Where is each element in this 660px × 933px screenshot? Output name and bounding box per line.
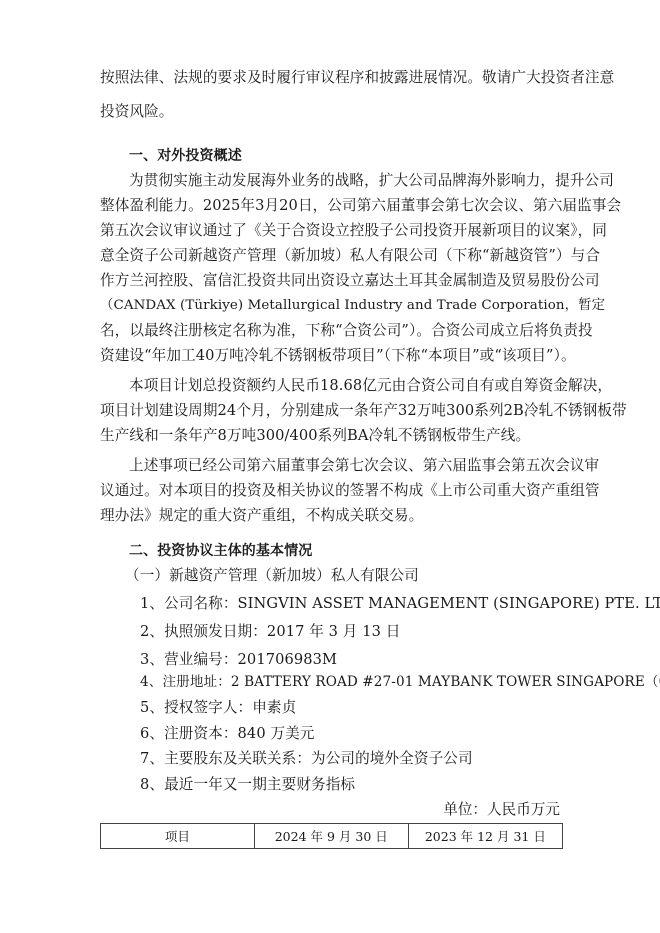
table-header-2023: 2023 年 12 月 31 日 xyxy=(408,824,562,849)
subsection-heading: （一）新越资产管理（新加坡）私人有限公司 xyxy=(125,566,587,586)
info-item-company-name: 1、公司名称：SINGVIN ASSET MANAGEMENT (SINGAPO… xyxy=(140,594,602,614)
info-item-address: 4、注册地址：2 BATTERY ROAD #27-01 MAYBANK TOW… xyxy=(140,672,602,692)
paragraph-line: 为贯彻实施主动发展海外业务的战略，扩大公司品牌海外影响力，提升公司 xyxy=(129,171,562,191)
financial-table: 项目 2024 年 9 月 30 日 2023 年 12 月 31 日 xyxy=(100,823,563,849)
intro-line: 按照法律、法规的要求及时履行审议程序和披露进展情况。敬请广大投资者注意 xyxy=(100,68,562,88)
paragraph-line: 第五次会议审议通过了《关于合资设立控股子公司投资开展新项目的议案》，同 xyxy=(100,221,562,241)
paragraph-line: （CANDAX (Türkiye) Metallurgical Industry… xyxy=(100,296,562,316)
paragraph-line: 名，以最终注册核定名称为准，下称“合资公司”）。合资公司成立后将负责投 xyxy=(100,321,562,341)
paragraph-line: 理办法》规定的重大资产重组，不构成关联交易。 xyxy=(100,506,562,526)
info-item-signatory: 5、授权签字人：申素贞 xyxy=(140,698,602,718)
table-header-2024: 2024 年 9 月 30 日 xyxy=(254,824,408,849)
paragraph-line: 本项目计划总投资额约人民币18.68亿元由合资公司自有或自筹资金解决， xyxy=(129,376,562,396)
section-heading: 二、投资协议主体的基本情况 xyxy=(129,541,562,561)
intro-line: 投资风险。 xyxy=(100,102,562,122)
paragraph-line: 生产线和一条年产8万吨300/400系列BA冷轧不锈钢板带生产线。 xyxy=(100,426,562,446)
info-item-capital: 6、注册资本：840 万美元 xyxy=(140,724,602,744)
paragraph-line: 议通过。对本项目的投资及相关协议的签署不构成《上市公司重大资产重组管 xyxy=(100,481,562,501)
paragraph-line: 资建设“年加工40万吨冷轧不锈钢板带项目”（下称“本项目”或“该项目”）。 xyxy=(100,346,562,366)
info-item-business-number: 3、营业编号：201706983M xyxy=(140,650,602,670)
paragraph-line: 意全资子公司新越资产管理（新加坡）私人有限公司（下称“新越资管”）与合 xyxy=(100,246,562,266)
section-heading: 一、对外投资概述 xyxy=(129,146,562,166)
paragraph-line: 项目计划建设周期24个月，分别建成一条年产32万吨300系列2B冷轧不锈钢板带 xyxy=(100,401,562,421)
paragraph-line: 整体盈利能力。2025年3月20日，公司第六届董事会第七次会议、第六届监事会 xyxy=(100,196,562,216)
info-item-license-date: 2、执照颁发日期：2017 年 3 月 13 日 xyxy=(140,622,602,642)
unit-label: 单位：人民币万元 xyxy=(443,800,560,820)
document-page: 按照法律、法规的要求及时履行审议程序和披露进展情况。敬请广大投资者注意 投资风险… xyxy=(0,0,660,933)
paragraph-line: 上述事项已经公司第六届董事会第七次会议、第六届监事会第五次会议审 xyxy=(129,456,562,476)
paragraph-line: 作方兰河控股、富信汇投资共同出资设立嘉达土耳其金属制造及贸易股份公司 xyxy=(100,271,562,291)
info-item-financials: 8、最近一年又一期主要财务指标 xyxy=(140,775,602,795)
info-item-shareholder: 7、主要股东及关联关系：为公司的境外全资子公司 xyxy=(140,749,602,769)
table-header-item: 项目 xyxy=(101,824,255,849)
table-header-row: 项目 2024 年 9 月 30 日 2023 年 12 月 31 日 xyxy=(101,824,563,849)
